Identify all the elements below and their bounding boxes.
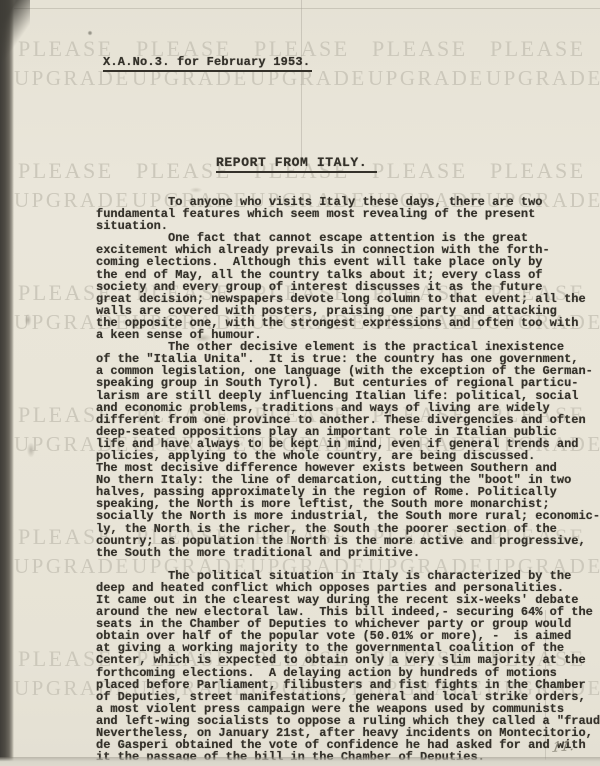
scan-bottom-edge: [0, 757, 600, 766]
document-title: REPORT FROM ITALY.: [216, 155, 377, 173]
handwritten-page-number: 11.: [551, 738, 576, 756]
paragraph: The political situation in Italy is char…: [96, 570, 600, 764]
paper-crease-vertical-top: [301, 0, 302, 160]
paragraph: To anyone who visits Italy these days, t…: [96, 196, 600, 232]
scan-corner-shadow: [0, 0, 30, 70]
document-reference-line: X.A.No.3. for February 1953.: [103, 55, 312, 72]
paper-crease-horizontal: [14, 8, 600, 9]
scanned-page: PLEASEPLEASEPLEASEPLEASEPLEASEUPGRADEUPG…: [0, 0, 600, 766]
document-body: To anyone who visits Italy these days, t…: [96, 196, 600, 763]
scan-left-edge: [0, 0, 14, 766]
paragraph: One fact that cannot escape attention is…: [96, 232, 600, 341]
paragraph: The other decisive element is the practi…: [96, 341, 600, 559]
